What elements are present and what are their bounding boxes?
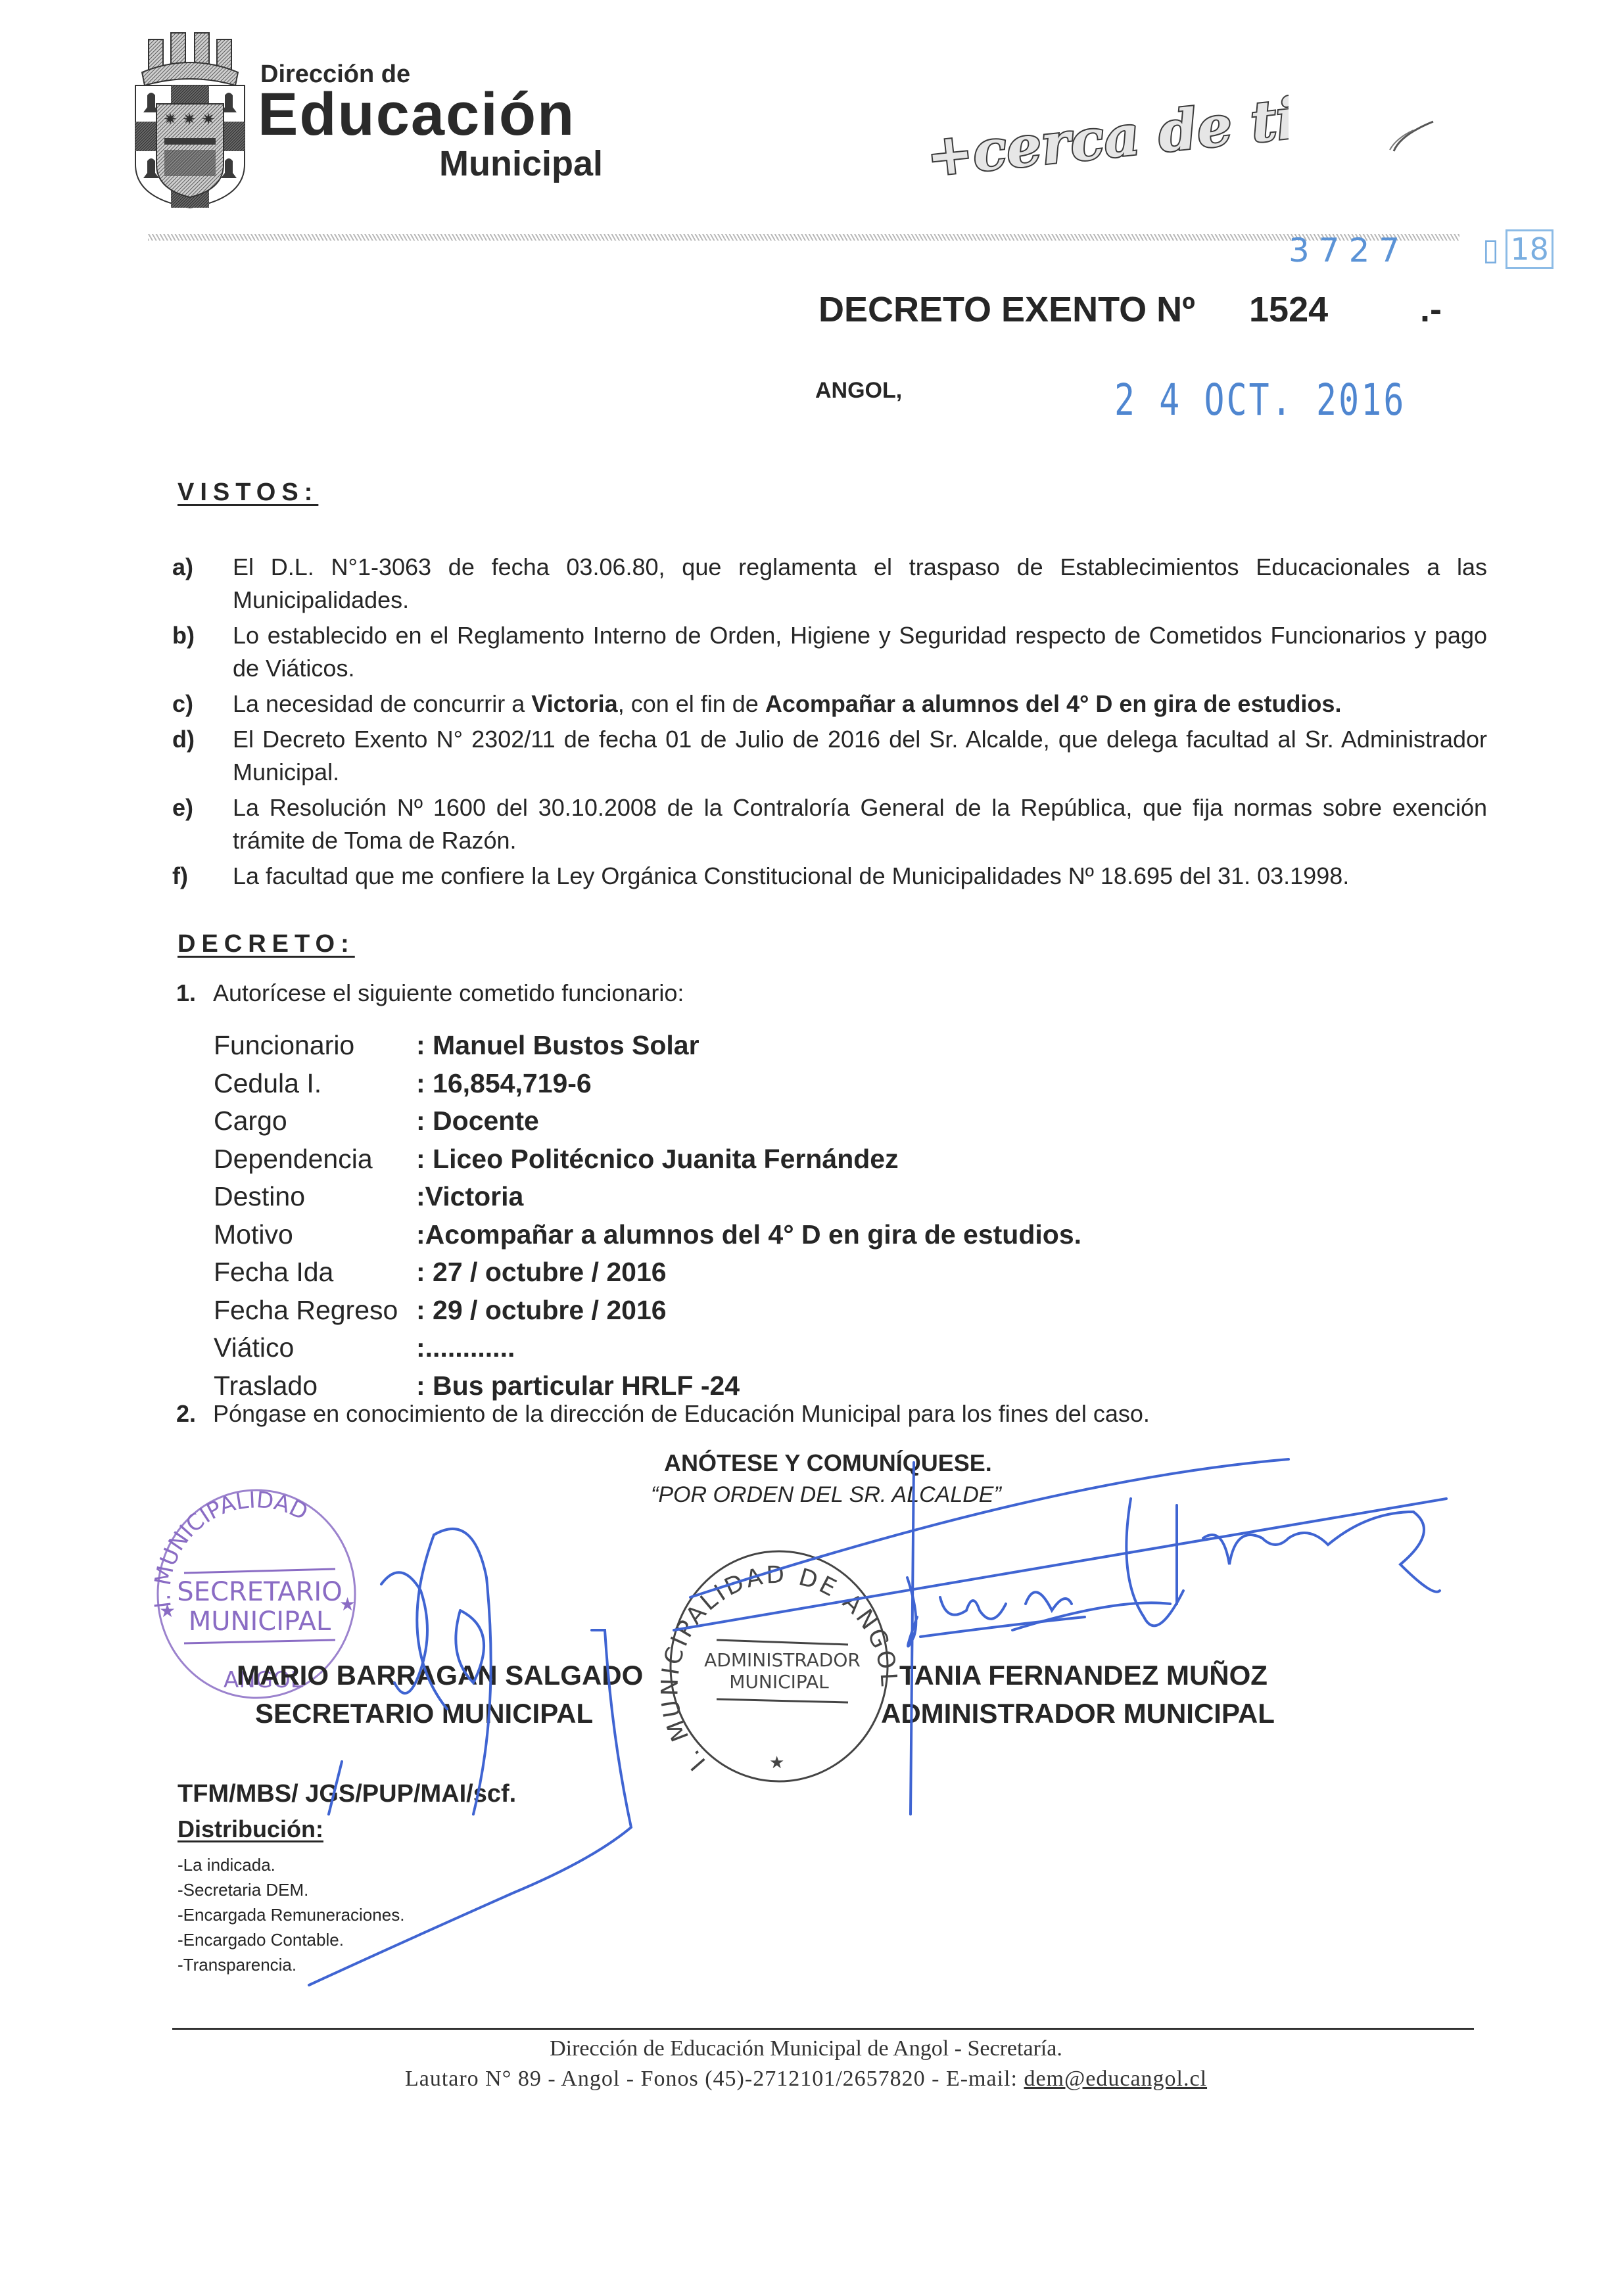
vistos-text: La Resolución Nº 1600 del 30.10.2008 de … (233, 791, 1487, 857)
vistos-text-part: La necesidad de concurrir a (233, 690, 531, 717)
brand-line-2: Educación (258, 84, 575, 145)
detail-label: Cedula I. (214, 1068, 416, 1099)
destination-emphasis: Victoria (531, 690, 617, 717)
distribution-heading: Distribución: (178, 1816, 323, 1843)
vistos-marker: e) (172, 791, 233, 857)
footer-email-link[interactable]: dem@educangol.cl (1024, 2067, 1207, 2091)
distribution-item: -Encargada Remuneraciones. (178, 1902, 404, 1927)
vistos-item: a) El D.L. N°1-3063 de fecha 03.06.80, q… (172, 551, 1487, 617)
purpose-emphasis: Acompañar a alumnos del 4° D en gira de … (765, 690, 1342, 717)
detail-row: Destino:Victoria (214, 1178, 1081, 1216)
vistos-text: La necesidad de concurrir a Victoria, co… (233, 688, 1487, 720)
signer-right-name: TANIA FERNANDEZ MUÑOZ (899, 1660, 1268, 1691)
svg-text:★: ★ (339, 1594, 356, 1614)
distribution-item: -Transparencia. (178, 1952, 404, 1977)
detail-value: : Liceo Politécnico Juanita Fernández (416, 1144, 899, 1175)
detail-row: Dependencia: Liceo Politécnico Juanita F… (214, 1140, 1081, 1179)
detail-value: : 16,854,719-6 (416, 1068, 592, 1099)
decreto-heading: DECRETO: (178, 930, 355, 958)
detail-value: : 27 / octubre / 2016 (416, 1257, 667, 1288)
detail-row: Cargo: Docente (214, 1102, 1081, 1140)
detail-label: Traslado (214, 1371, 416, 1401)
vistos-marker: d) (172, 723, 233, 789)
detail-row: Fecha Regreso: 29 / octubre / 2016 (214, 1292, 1081, 1330)
vistos-text: El D.L. N°1-3063 de fecha 03.06.80, que … (233, 551, 1487, 617)
detail-row: Fecha Ida: 27 / octubre / 2016 (214, 1253, 1081, 1292)
svg-text:✷: ✷ (182, 110, 197, 129)
detail-row: Viático:............ (214, 1329, 1081, 1367)
vistos-item: d) El Decreto Exento N° 2302/11 de fecha… (172, 723, 1487, 789)
vistos-marker: c) (172, 688, 233, 720)
brand-line-3: Municipal (439, 146, 603, 181)
commission-details: Funcionario: Manuel Bustos SolarCedula I… (214, 1027, 1081, 1405)
detail-label: Dependencia (214, 1144, 416, 1175)
detail-value: :Victoria (416, 1181, 523, 1212)
decree-title: DECRETO EXENTO Nº (818, 289, 1195, 330)
check-mark-icon (1387, 118, 1440, 158)
vistos-item: c) La necesidad de concurrir a Victoria,… (172, 688, 1487, 720)
received-stamp-box: ▯18 (1482, 231, 1553, 267)
distribution-item: -Secretaria DEM. (178, 1877, 404, 1902)
decree-suffix: .- (1420, 289, 1442, 330)
received-stamp-number: 3727 (1289, 231, 1409, 269)
svg-text:+cerca de ti: +cerca de ti (924, 85, 1289, 189)
distribution-list: -La indicada. -Secretaria DEM. -Encargad… (178, 1852, 404, 1977)
detail-row: Funcionario: Manuel Bustos Solar (214, 1027, 1081, 1065)
footer-address: Lautaro N° 89 - Angol - Fonos (45)-27121… (405, 2067, 1024, 2091)
detail-value: : Bus particular HRLF -24 (416, 1371, 740, 1401)
vistos-text: Lo establecido en el Reglamento Interno … (233, 619, 1487, 685)
svg-text:✷: ✷ (163, 110, 178, 129)
vistos-text: La facultad que me confiere la Ley Orgán… (233, 860, 1487, 893)
detail-value: : Manuel Bustos Solar (416, 1030, 699, 1061)
svg-text:★: ★ (769, 1752, 784, 1772)
detail-label: Fecha Regreso (214, 1295, 416, 1326)
signer-right-title: ADMINISTRADOR MUNICIPAL (881, 1698, 1275, 1729)
vistos-item: b) Lo establecido en el Reglamento Inter… (172, 619, 1487, 685)
decreto-marker: 2. (176, 1400, 213, 1428)
closing-formula: ANÓTESE Y COMUNÍQUESE. (664, 1449, 992, 1477)
vistos-text-part: , con el fin de (618, 690, 765, 717)
municipal-crest-logo: ✷ ✷ ✷ (130, 26, 250, 210)
decreto-marker: 1. (176, 979, 213, 1007)
svg-text:✷: ✷ (201, 110, 216, 129)
decreto-text: Póngase en conocimiento de la dirección … (213, 1400, 1150, 1427)
svg-text:MUNICIPAL: MUNICIPAL (189, 1606, 331, 1637)
detail-label: Destino (214, 1181, 416, 1212)
detail-value: :Acompañar a alumnos del 4° D en gira de… (416, 1219, 1081, 1250)
administrator-seal-stamp: I. MUNICIPALIDAD DE ANGOL ADMINISTRADOR … (661, 1545, 897, 1788)
detail-label: Viático (214, 1332, 416, 1363)
decree-number: 1524 (1249, 289, 1328, 330)
vistos-marker: f) (172, 860, 233, 893)
detail-value: : Docente (416, 1106, 539, 1136)
vistos-heading: VISTOS: (178, 479, 318, 507)
stamp-box-divider: ▯ (1482, 231, 1499, 267)
footer-contact: Lautaro N° 89 - Angol - Fonos (45)-27121… (0, 2067, 1612, 2092)
signer-left-title: SECRETARIO MUNICIPAL (255, 1698, 593, 1729)
vistos-item: f) La facultad que me confiere la Ley Or… (172, 860, 1487, 893)
date-stamp: 2 4 OCT. 2016 (1114, 375, 1406, 425)
detail-value: : 29 / octubre / 2016 (416, 1295, 667, 1326)
vistos-marker: b) (172, 619, 233, 685)
vistos-text: El Decreto Exento N° 2302/11 de fecha 01… (233, 723, 1487, 789)
footer-rule (172, 2028, 1474, 2030)
footer-office: Dirección de Educación Municipal de Ango… (0, 2036, 1612, 2061)
vistos-list: a) El D.L. N°1-3063 de fecha 03.06.80, q… (172, 551, 1487, 895)
reference-initials: TFM/MBS/ JGS/PUP/MAI/scf. (178, 1780, 516, 1808)
decreto-item-1: 1.Autorícese el siguiente cometido funci… (176, 979, 684, 1007)
signer-left-name: MARIO BARRAGAN SALGADO (237, 1660, 643, 1691)
detail-value: :............ (416, 1332, 515, 1363)
detail-label: Motivo (214, 1219, 416, 1250)
detail-row: Traslado: Bus particular HRLF -24 (214, 1367, 1081, 1405)
svg-text:★: ★ (159, 1601, 176, 1621)
detail-row: Cedula I.: 16,854,719-6 (214, 1065, 1081, 1103)
svg-text:ADMINISTRADOR: ADMINISTRADOR (704, 1649, 861, 1671)
svg-text:MUNICIPAL: MUNICIPAL (729, 1671, 829, 1693)
detail-label: Funcionario (214, 1030, 416, 1061)
vistos-item: e) La Resolución Nº 1600 del 30.10.2008 … (172, 791, 1487, 857)
stamp-box-value: 18 (1505, 229, 1553, 269)
slogan-logo: +cerca de ti (920, 85, 1289, 191)
svg-text:SECRETARIO: SECRETARIO (177, 1577, 342, 1607)
vistos-marker: a) (172, 551, 233, 617)
distribution-item: -Encargado Contable. (178, 1927, 404, 1952)
detail-label: Fecha Ida (214, 1257, 416, 1288)
decreto-item-2: 2.Póngase en conocimiento de la direcció… (176, 1400, 1150, 1428)
detail-label: Cargo (214, 1106, 416, 1136)
header-separator (148, 234, 1459, 241)
detail-row: Motivo:Acompañar a alumnos del 4° D en g… (214, 1216, 1081, 1254)
distribution-item: -La indicada. (178, 1852, 404, 1877)
decreto-text: Autorícese el siguiente cometido funcion… (213, 979, 684, 1006)
by-order-line: “POR ORDEN DEL SR. ALCALDE” (651, 1482, 1001, 1508)
city-label: ANGOL, (815, 378, 902, 404)
